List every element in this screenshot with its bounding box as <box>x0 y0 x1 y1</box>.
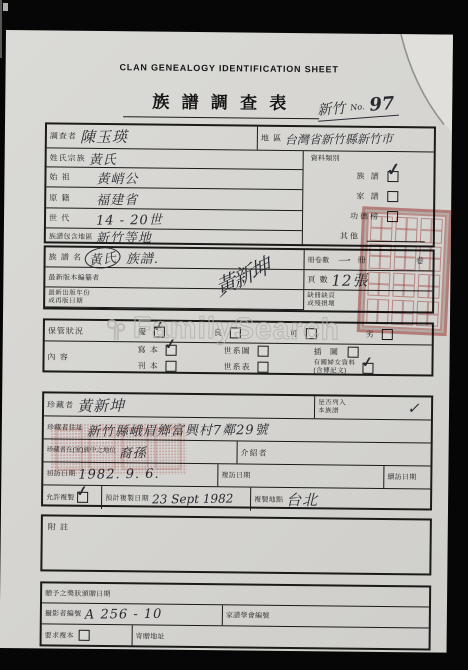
condition-poor-label: 劣 <box>363 328 378 339</box>
women-records-check-mark: ✓ <box>361 354 375 371</box>
document-page: CLAN GENEALOGY IDENTIFICATION SHEET 族 譜 … <box>0 30 453 653</box>
category-family: 家 譜 <box>307 185 429 206</box>
checkbox-condition-good <box>230 327 241 338</box>
compiler-label: 最新版本編纂者 <box>45 272 102 283</box>
checkbox-condition-excellent: ✓ <box>154 326 165 337</box>
generation-label: 世 代 <box>46 212 96 224</box>
coverage-label: 族譜包含地區 <box>46 231 96 242</box>
genealogy-title-value: 黃氏 族譜. <box>85 247 160 269</box>
origin-value: 福建省 <box>96 188 138 207</box>
other-blank-line <box>367 230 425 242</box>
illustrations-label: 插 圖 <box>311 346 344 357</box>
copy-date-value: 23 Sept 1982 <box>152 491 233 506</box>
first-visit-label: 初訪日期 <box>43 468 78 478</box>
checkbox-women-records: ✓ <box>362 362 373 373</box>
mail-address-label: 寄贈地址 <box>133 631 168 641</box>
copy-place-label: 複製地點 <box>251 494 286 504</box>
women-records-label-line1: 有關婦女資料 <box>313 359 355 366</box>
checkbox-condition-fair <box>306 328 317 339</box>
checkbox-clan-genealogy: ✓ <box>388 171 399 182</box>
reference-number: 新竹 No. 97 <box>316 93 399 122</box>
owner-address-label: 珍藏者住址 <box>44 422 87 432</box>
condition-excellent-label: 優 <box>135 326 150 337</box>
investigator-value: 陳玉瑛 <box>80 126 128 148</box>
photographer-id-value: A 256 - 10 <box>84 606 162 622</box>
document-title-english: CLAN GENEALOGY IDENTIFICATION SHEET <box>6 61 453 76</box>
genealogy-title-rest: 族譜. <box>126 252 159 267</box>
third-visit-label: 續訪日期 <box>384 472 419 482</box>
pages-value: 12張 <box>332 269 369 290</box>
copy-permission-label: 允許複製 <box>43 492 77 502</box>
generation-value: 14 - 20世 <box>96 209 163 229</box>
ancestor-label: 始 祖 <box>46 171 96 183</box>
listed-in-genealogy-label: 是否列入 本族譜 <box>315 399 349 415</box>
condition-good: 良 <box>211 322 287 343</box>
publication-date-label: 最新出版年份 或再版日期 <box>45 289 93 306</box>
second-visit-label: 複訪日期 <box>218 470 253 480</box>
notes-label: 附 註 <box>45 521 72 532</box>
lineage-chart-label: 世系圖 <box>221 346 254 357</box>
condition-check-mark: ✓ <box>152 317 166 334</box>
checkbox-merit-board <box>387 211 398 222</box>
condition-poor: 劣 <box>363 324 393 344</box>
checkbox-copy-permission: ✓ <box>77 492 88 503</box>
missing-volumes-label: 缺冊缺頁 或殘損壞 <box>304 292 338 308</box>
permission-check-mark: ✓ <box>75 483 89 500</box>
listed-check-mark: ✓ <box>407 399 421 417</box>
reference-no-label: No. <box>350 102 365 112</box>
content-women-records: 有關婦女資料 (含傳記文) ✓ <box>310 359 431 376</box>
volumes-label: 冊卷數 <box>305 255 333 265</box>
publication-date-label-line1: 最新出版年份 <box>48 289 90 296</box>
section-genealogy-details: 族 譜 名 黃氏 族譜. 最新版本編纂者 最新出版年份 或再版日期 <box>43 245 435 313</box>
copy-date-label: 預計複製日期 <box>102 493 152 504</box>
checkbox-lineage-chart <box>258 346 269 357</box>
missing-volumes-label-line1: 缺冊缺頁 <box>307 292 335 299</box>
surname-label: 姓氏宗族 <box>47 152 89 163</box>
category-other: 其他 <box>307 225 429 246</box>
content-lineage-table: 世系表 <box>220 359 310 375</box>
checkbox-family-genealogy <box>387 191 398 202</box>
request-copy-label: 要求複本 <box>42 630 77 640</box>
origin-label: 原 籍 <box>46 192 96 204</box>
owner-position-label: 珍藏者在(家)族中之地位 <box>44 446 119 455</box>
owner-label: 珍藏者 <box>44 399 77 410</box>
investigator-label: 調查者 <box>47 130 80 141</box>
category-merit: 功德榜 <box>307 205 429 226</box>
photographer-id-label: 攝影者編號 <box>42 608 85 618</box>
content-manuscript: 寫 本 ✓ <box>135 342 221 358</box>
section-condition-content: 保管狀況 優 ✓ 良 可 劣 內 容 <box>42 318 434 376</box>
owner-value: 黃新坤 <box>77 394 125 416</box>
category-merit-label: 功德榜 <box>347 210 383 221</box>
owner-address-value: 新竹縣峨眉鄉富興村7鄰29號 <box>86 418 268 439</box>
introducer-label: 介紹者 <box>238 447 271 458</box>
genealogy-title-circled: 黃氏 <box>84 245 122 270</box>
women-records-label-line2: (含傳記文) <box>313 367 346 374</box>
women-records-label: 有關婦女資料 (含傳記文) <box>310 359 358 376</box>
volumes-unit-ce: 冊 <box>354 255 369 266</box>
category-other-label: 其他 <box>337 230 363 241</box>
condition-fair: 可 <box>287 323 363 344</box>
missing-volumes-label-line2: 或殘損壞 <box>307 300 335 307</box>
section-basic-info: 調查者 陳玉瑛 地 區 台灣省新竹縣新竹市 姓氏宗族 黃氏 始 祖 黃峭公 <box>44 122 436 247</box>
checkbox-request-copy <box>79 630 90 641</box>
content-lineage-chart: 世系圖 <box>221 343 311 359</box>
listed-label-line2: 本族譜 <box>318 407 339 414</box>
film-frame: CLAN GENEALOGY IDENTIFICATION SHEET 族 譜 … <box>0 0 468 670</box>
film-edge-line <box>0 0 2 58</box>
owner-position-value: 裔孫 <box>119 442 147 461</box>
manuscript-check-mark: ✓ <box>164 336 178 353</box>
checkbox-illustrations <box>348 347 359 358</box>
ancestor-value: 黃峭公 <box>96 168 138 187</box>
content-label: 內 容 <box>45 351 135 363</box>
listed-label-line1: 是否列入 <box>318 399 346 406</box>
reference-number-value: 97 <box>369 93 396 116</box>
film-edge-mark <box>3 3 8 11</box>
volumes-unit-juan: 卷 <box>413 255 433 266</box>
printed-label: 刊 本 <box>134 360 161 371</box>
manuscript-label: 寫 本 <box>135 345 162 356</box>
content-printed: 刊 本 <box>134 358 220 374</box>
section-admin: 贈予之獎狀頒贈日期 攝影者編號 A 256 - 10 家譜學會編號 要求複本 寄… <box>40 581 432 650</box>
condition-label: 保管狀況 <box>45 325 135 337</box>
clan-check-mark: ✓ <box>386 159 403 181</box>
category-clan: 族 譜 ✓ <box>307 165 429 186</box>
checkbox-lineage-table <box>257 361 268 372</box>
category-clan-label: 族 譜 <box>353 170 383 181</box>
area-value: 台灣省新竹縣新竹市 <box>285 130 393 148</box>
publication-date-label-line2: 或再版日期 <box>48 297 83 304</box>
first-visit-value: 1982. 9. 6. <box>78 466 159 482</box>
coverage-value: 新竹等地 <box>96 227 152 247</box>
pages-label: 頁 數 <box>304 274 331 285</box>
area-label: 地 區 <box>258 133 285 144</box>
category-family-label: 家 譜 <box>353 190 383 201</box>
category-group: 資料類別 族 譜 ✓ 家 譜 功德榜 其他 <box>302 151 434 247</box>
checkbox-printed <box>166 360 177 371</box>
condition-fair-label: 可 <box>287 327 302 338</box>
reference-prefix: 新竹 <box>317 101 346 119</box>
condition-good-label: 良 <box>211 327 226 338</box>
society-id-label: 家譜學會編號 <box>223 610 273 621</box>
section-notes: 附 註 <box>40 514 432 575</box>
document-title-chinese: 族 譜 調 查 表 <box>123 87 319 119</box>
copy-place-value: 台北 <box>286 489 318 510</box>
checkbox-manuscript: ✓ <box>166 345 177 356</box>
genealogy-title-label: 族 譜 名 <box>46 251 86 262</box>
section-owner-info: 珍藏者 黃新坤 是否列入 本族譜 ✓ 珍藏者住址 新竹縣峨眉鄉富興村7鄰29號 … <box>41 391 433 510</box>
volumes-value: 一 <box>336 250 350 269</box>
lineage-table-label: 世系表 <box>220 361 253 372</box>
checkbox-condition-poor <box>382 328 393 339</box>
surname-value: 黃氏 <box>89 148 117 167</box>
award-date-label: 贈予之獎狀頒贈日期 <box>42 588 114 599</box>
